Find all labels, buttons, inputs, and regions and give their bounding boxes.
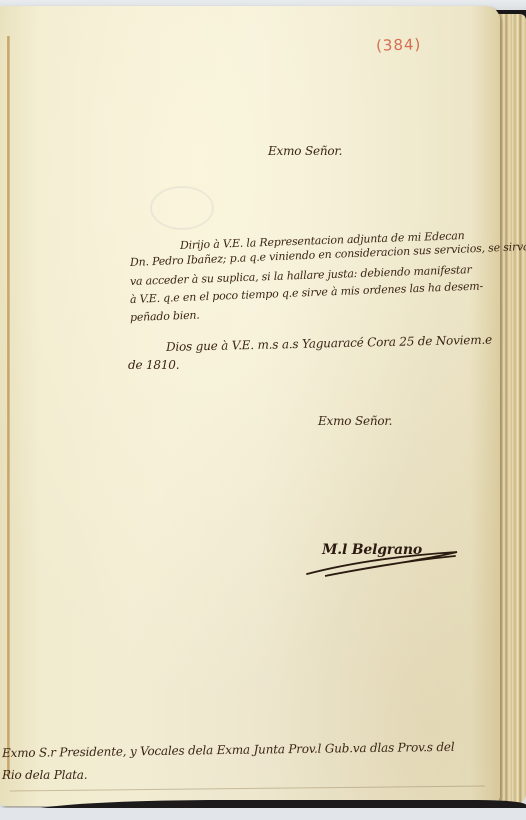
addressee-line-1: Exmo S.r Presidente, y Vocales dela Exma… (2, 740, 455, 760)
addressee-line-2: Rio dela Plata. (2, 768, 87, 782)
ink-bleed-through (150, 186, 214, 230)
folio-number: (384) (376, 35, 422, 55)
signature-flourish-icon (305, 546, 465, 580)
salutation: Exmo Señor. (268, 144, 342, 158)
closing-salutation: Exmo Señor. (318, 414, 392, 428)
closing-formula-line-2: de 1810. (128, 358, 179, 372)
body-line-5: peñado bien. (130, 309, 200, 324)
page-bottom-crease (10, 786, 485, 792)
manuscript-page: (384) Exmo Señor. Dirijo à V.E. la Repre… (0, 6, 500, 806)
binding-gutter (7, 36, 10, 776)
scanner-background-bottom (0, 808, 526, 820)
closing-formula-line-1: Dios gue à V.E. m.s a.s Yaguaracé Cora 2… (166, 333, 492, 354)
